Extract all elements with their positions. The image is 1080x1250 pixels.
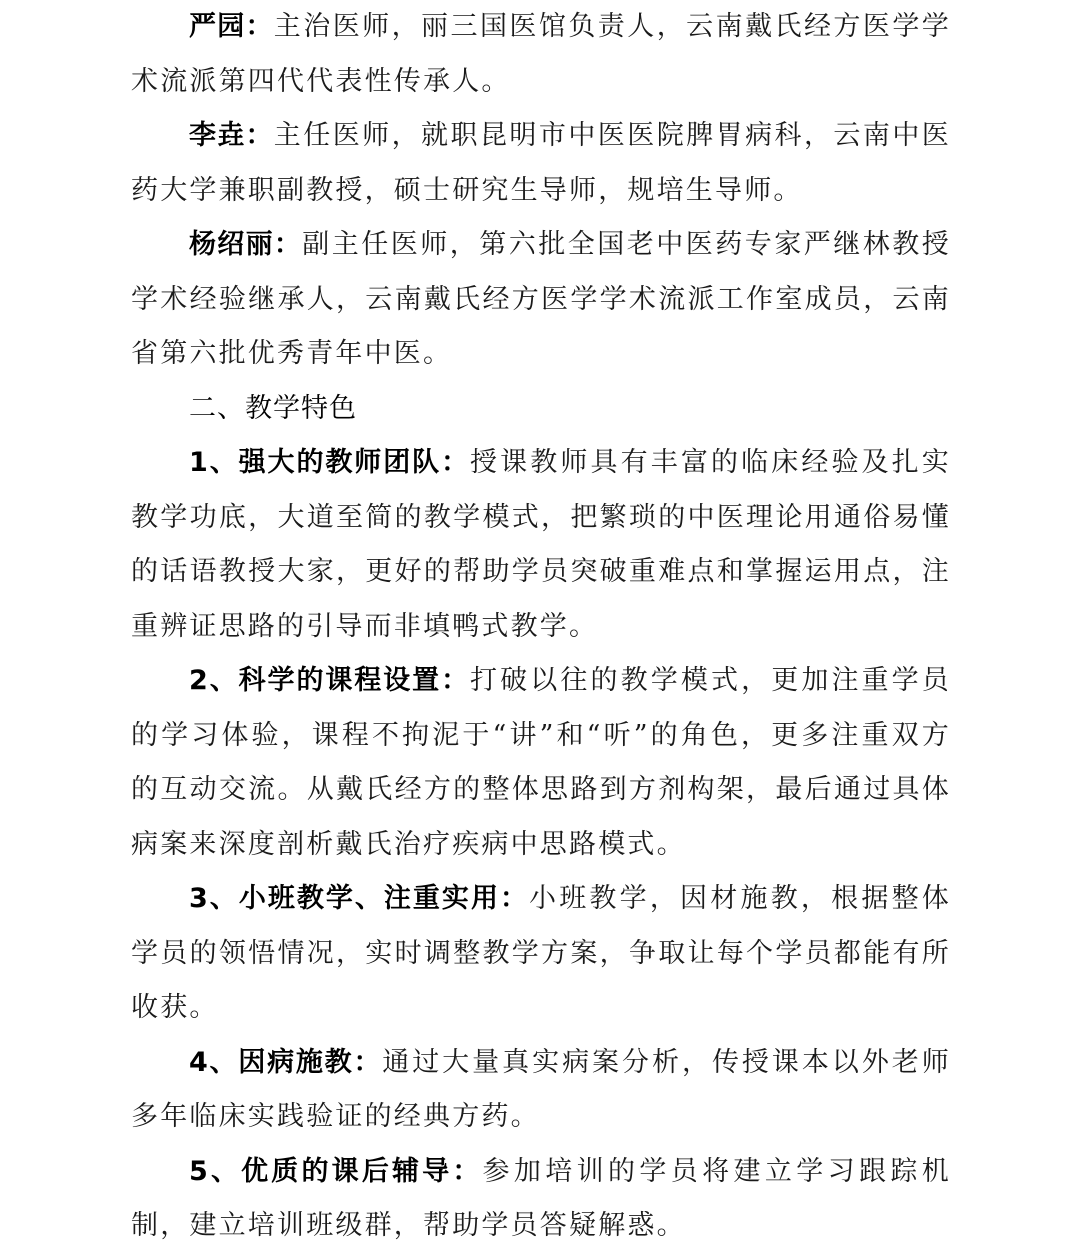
- person-paragraph-yan-yuan: 严园：主治医师，丽三国医馆负责人，云南戴氏经方医学学术流派第四代代表性传承人。: [131, 0, 951, 109]
- section-heading: 二、教学特色: [131, 382, 951, 437]
- feature-paragraph: 3、小班教学、注重实用：小班教学，因材施教，根据整体学员的领悟情况，实时调整教学…: [131, 872, 951, 1036]
- feature-title: 1、强大的教师团队：: [189, 447, 470, 478]
- feature-title: 5、优质的课后辅导：: [189, 1156, 483, 1187]
- person-name: 严园：: [189, 11, 274, 42]
- person-paragraph-li-yao: 李垚：主任医师，就职昆明市中医医院脾胃病科，云南中医药大学兼职副教授，硕士研究生…: [131, 109, 951, 218]
- feature-paragraph: 2、科学的课程设置：打破以往的教学模式，更加注重学员的学习体验，课程不拘泥于“讲…: [131, 654, 951, 872]
- feature-title: 3、小班教学、注重实用：: [189, 883, 529, 914]
- feature-title: 4、因病施教：: [189, 1047, 382, 1078]
- feature-paragraph: 1、强大的教师团队：授课教师具有丰富的临床经验及扎实教学功底，大道至简的教学模式…: [131, 436, 951, 654]
- person-name: 李垚：: [189, 120, 274, 151]
- feature-title: 2、科学的课程设置：: [189, 665, 470, 696]
- document-page: 严园：主治医师，丽三国医馆负责人，云南戴氏经方医学学术流派第四代代表性传承人。 …: [131, 0, 951, 1250]
- person-paragraph-yang-shaoli: 杨绍丽：副主任医师，第六批全国老中医药专家严继林教授学术经验继承人，云南戴氏经方…: [131, 218, 951, 382]
- feature-paragraph: 4、因病施教：通过大量真实病案分析，传授课本以外老师多年临床实践验证的经典方药。: [131, 1036, 951, 1145]
- person-name: 杨绍丽：: [189, 229, 302, 260]
- feature-paragraph: 5、优质的课后辅导：参加培训的学员将建立学习跟踪机制，建立培训班级群，帮助学员答…: [131, 1145, 951, 1250]
